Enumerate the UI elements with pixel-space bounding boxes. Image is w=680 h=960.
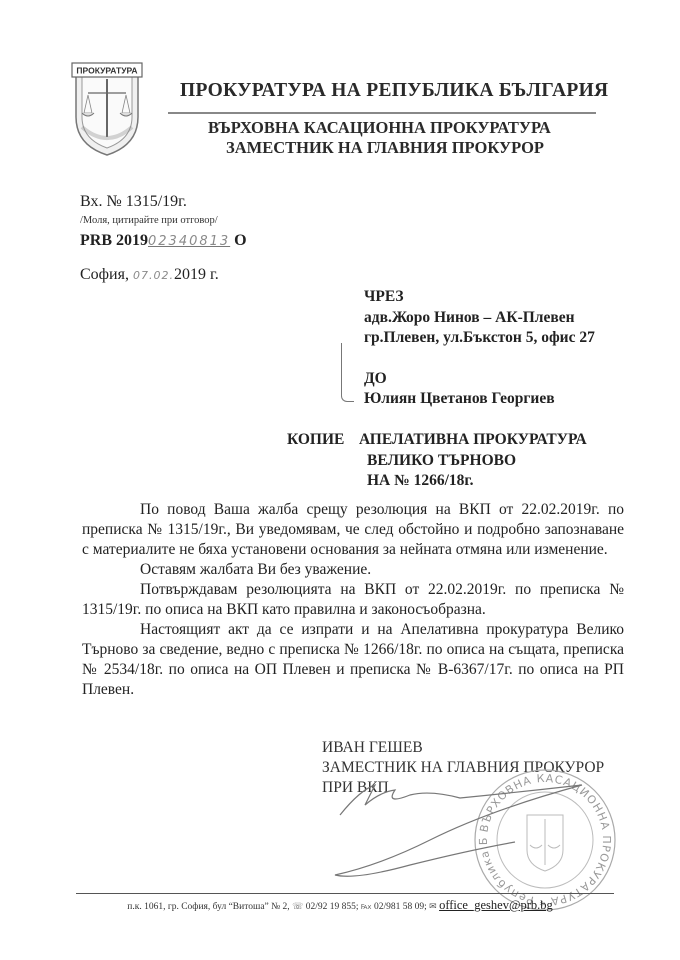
via-label: ЧРЕЗ xyxy=(364,287,595,308)
prosecution-emblem-icon: ПРОКУРАТУРА xyxy=(68,57,146,157)
phone-icon: ☏ xyxy=(292,902,303,912)
address-bracket-mark xyxy=(341,343,354,402)
recipient-block: ЧРЕЗ адв.Жоро Нинов – АК-Плевен гр.Плеве… xyxy=(364,287,595,410)
to-name: Юлиян Цветанов Георгиев xyxy=(364,389,595,410)
footer-contacts: п.к. 1061, гр. София, бул “Витоша” № 2, … xyxy=(0,898,680,913)
prb-registration-number: PRB 201902340813 О xyxy=(80,232,247,250)
date-city: София, xyxy=(80,266,133,283)
prb-suffix: О xyxy=(230,232,246,249)
footer-phone: 02/92 19 855; xyxy=(303,902,358,912)
footer-divider xyxy=(76,893,614,894)
incoming-number: Вх. № 1315/19г. xyxy=(80,193,187,211)
institution-title: ПРОКУРАТУРА НА РЕПУБЛИКА БЪЛГАРИЯ xyxy=(180,80,608,102)
signature-scribble-icon xyxy=(320,770,640,900)
body-paragraph: Настоящият акт да се изпрати и на Апелат… xyxy=(82,620,624,700)
signatory-name: ИВАН ГЕШЕВ xyxy=(322,738,604,758)
body-paragraph: Оставям жалбата Ви без уважение. xyxy=(82,560,624,580)
letter-body: По повод Ваша жалба срещу резолюция на В… xyxy=(82,500,624,700)
footer-email-link[interactable]: office_geshev@prb.bg xyxy=(439,898,553,912)
body-paragraph: По повод Ваша жалба срещу резолюция на В… xyxy=(82,500,624,560)
copy-line-1: АПЕЛАТИВНА ПРОКУРАТУРА xyxy=(359,431,587,448)
svg-text:ПРОКУРАТУРА: ПРОКУРАТУРА xyxy=(76,66,137,76)
date-year: 2019 г. xyxy=(174,266,219,283)
via-address: гр.Плевен, ул.Бъкстон 5, офис 27 xyxy=(364,328,595,349)
date-handwritten: 07.02. xyxy=(133,269,174,282)
body-paragraph: Потвърждавам резолюцията на ВКП от 22.02… xyxy=(82,580,624,620)
prb-prefix: PRB 2019 xyxy=(80,232,148,249)
department-title: ВЪРХОВНА КАСАЦИОННА ПРОКУРАТУРА xyxy=(208,118,551,138)
copy-line-2: ВЕЛИКО ТЪРНОВО xyxy=(287,451,587,472)
document-date: София, 07.02.2019 г. xyxy=(80,266,219,284)
cite-note: /Моля, цитирайте при отговор/ xyxy=(80,215,218,226)
prb-handwritten-number: 02340813 xyxy=(148,234,230,249)
office-title: ЗАМЕСТНИК НА ГЛАВНИЯ ПРОКУРОР xyxy=(226,138,544,158)
to-label: ДО xyxy=(364,369,595,390)
fax-icon: ℻ xyxy=(361,902,372,912)
copy-label: КОПИЕ xyxy=(287,430,359,451)
mail-icon: ✉ xyxy=(429,902,437,912)
footer-fax: 02/981 58 09; xyxy=(372,902,427,912)
copy-block: КОПИЕАПЕЛАТИВНА ПРОКУРАТУРА ВЕЛИКО ТЪРНО… xyxy=(287,430,587,492)
copy-line-3: НА № 1266/18г. xyxy=(287,471,587,492)
header-divider xyxy=(168,112,596,114)
footer-address: п.к. 1061, гр. София, бул “Витоша” № 2, xyxy=(127,902,289,912)
via-lawyer: адв.Жоро Нинов – АК-Плевен xyxy=(364,308,595,329)
